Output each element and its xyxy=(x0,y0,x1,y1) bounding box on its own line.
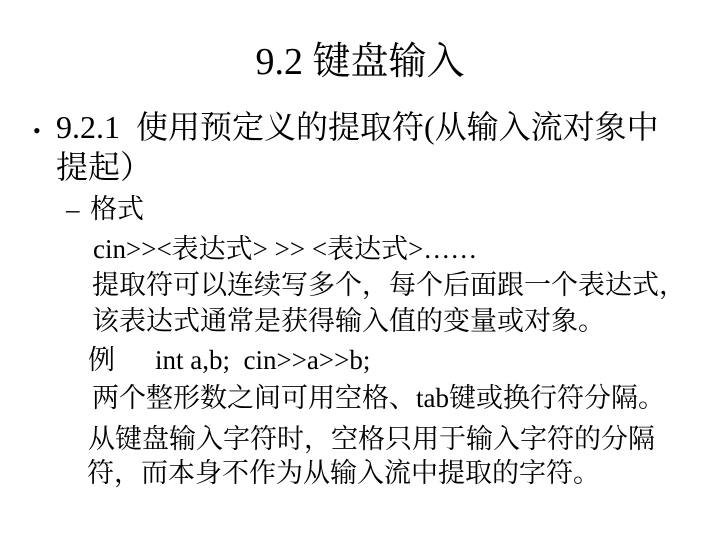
bullet-heading-line-2: 提起） xyxy=(56,148,152,186)
dash-marker: – xyxy=(66,193,80,226)
format-syntax-line: cin>><表达式> >> <表达式>…… xyxy=(93,233,477,266)
page-title: 9.2 键盘输入 xyxy=(0,40,720,84)
separator-rule-line: 两个整形数之间可用空格、tab键或换行符分隔。 xyxy=(92,382,665,415)
example-label: 例 xyxy=(88,345,115,375)
example-code: int a,b; cin>>a>>b; xyxy=(155,344,370,377)
bullet-heading-line-1: 9.2.1 使用预定义的提取符(从输入流对象中 xyxy=(56,108,659,146)
format-label: 格式 xyxy=(90,193,144,226)
space-rule-line-1: 从键盘输入字符时，空格只用于输入字符的分隔 xyxy=(88,423,655,456)
slide-canvas: 9.2 键盘输入 • 9.2.1 使用预定义的提取符(从输入流对象中 提起） –… xyxy=(0,0,720,540)
extractor-paragraph-line-1: 提取符可以连续写多个，每个后面跟一个表达式， xyxy=(92,269,686,302)
example-line: 例int a,b; cin>>a>>b; xyxy=(88,344,370,377)
bullet-marker: • xyxy=(33,112,41,150)
extractor-paragraph-line-2: 该表达式通常是获得输入值的变量或对象。 xyxy=(92,305,605,338)
space-rule-line-2: 符，而本身不作为从输入流中提取的字符。 xyxy=(87,457,600,490)
